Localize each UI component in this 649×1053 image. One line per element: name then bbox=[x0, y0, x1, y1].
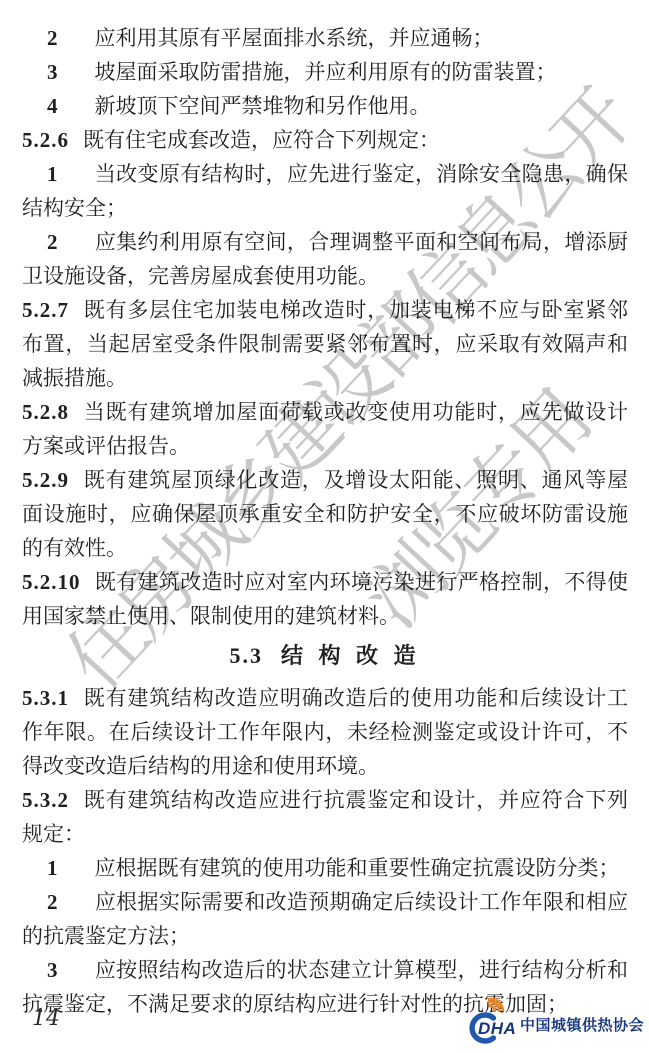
item-number: 3 bbox=[47, 958, 58, 982]
clause-number: 5.3.1 bbox=[22, 686, 69, 710]
item-number: 2 bbox=[47, 26, 58, 50]
clause-text: 既有建筑结构改造应明确改造后的使用功能和后续设计工作年限。在后续设计工作年限内，… bbox=[22, 686, 628, 778]
clause-text: 既有建筑改造时应对室内环境污染进行严格控制，不得使用国家禁止使用、限制使用的建筑… bbox=[22, 570, 628, 628]
list-item: 1应根据既有建筑的使用功能和重要性确定抗震设防分类； bbox=[22, 851, 628, 885]
cdha-logo: DHA 中国城镇供热协会 bbox=[463, 998, 644, 1044]
clause-paragraph: 5.2.6既有住宅成套改造，应符合下列规定： bbox=[22, 123, 628, 157]
item-text: 应根据既有建筑的使用功能和重要性确定抗震设防分类； bbox=[95, 856, 620, 880]
clause-paragraph: 5.3.1既有建筑结构改造应明确改造后的使用功能和后续设计工作年限。在后续设计工… bbox=[22, 681, 628, 783]
item-number: 3 bbox=[47, 60, 58, 84]
clause-number: 5.2.10 bbox=[22, 570, 81, 594]
clause-number: 5.2.7 bbox=[22, 298, 69, 322]
list-item: 2应根据实际需要和改造预期确定后续设计工作年限和相应的抗震鉴定方法； bbox=[22, 885, 628, 953]
item-text: 应根据实际需要和改造预期确定后续设计工作年限和相应的抗震鉴定方法； bbox=[22, 890, 628, 948]
item-text: 应集约利用原有空间，合理调整平面和空间布局，增添厨卫设施设备，完善房屋成套使用功… bbox=[22, 230, 628, 288]
item-number: 4 bbox=[47, 94, 58, 118]
item-number: 2 bbox=[47, 230, 58, 254]
item-text: 当改变原有结构时，应先进行鉴定，消除安全隐患，确保结构安全； bbox=[22, 162, 628, 220]
clause-number: 5.2.9 bbox=[22, 468, 69, 492]
clause-paragraph: 5.2.8当既有建筑增加屋面荷载或改变使用功能时，应先做设计方案或评估报告。 bbox=[22, 395, 628, 463]
page-number: 14 bbox=[32, 1006, 60, 1031]
section-heading: 5.3结 构 改 造 bbox=[22, 639, 628, 673]
list-item: 3坡屋面采取防雷措施，并应利用原有的防雷装置； bbox=[22, 55, 628, 89]
signal-waves-icon bbox=[489, 999, 503, 1011]
clause-paragraph: 5.2.9既有建筑屋顶绿化改造，及增设太阳能、照明、通风等屋面设施时，应确保屋顶… bbox=[22, 463, 628, 565]
item-text: 新坡顶下空间严禁堆物和另作他用。 bbox=[95, 94, 431, 118]
cdha-logo-mark: DHA bbox=[463, 998, 517, 1044]
document-page: 住房城乡建设部信息公开 浏览专用 2应利用其原有平屋面排水系统，并应通畅； 3坡… bbox=[0, 0, 649, 1053]
page-content: 2应利用其原有平屋面排水系统，并应通畅； 3坡屋面采取防雷措施，并应利用原有的防… bbox=[22, 21, 628, 1021]
clause-text: 既有住宅成套改造，应符合下列规定： bbox=[83, 128, 440, 152]
item-number: 1 bbox=[47, 162, 58, 186]
clause-text: 既有建筑屋顶绿化改造，及增设太阳能、照明、通风等屋面设施时，应确保屋顶承重安全和… bbox=[22, 468, 628, 560]
clause-text: 既有建筑结构改造应进行抗震鉴定和设计，并应符合下列规定： bbox=[22, 788, 628, 846]
clause-text: 当既有建筑增加屋面荷载或改变使用功能时，应先做设计方案或评估报告。 bbox=[22, 400, 628, 458]
clause-paragraph: 5.2.7既有多层住宅加装电梯改造时，加装电梯不应与卧室紧邻布置，当起居室受条件… bbox=[22, 293, 628, 395]
clause-number: 5.2.8 bbox=[22, 400, 69, 424]
list-item: 2应集约利用原有空间，合理调整平面和空间布局，增添厨卫设施设备，完善房屋成套使用… bbox=[22, 225, 628, 293]
item-number: 1 bbox=[47, 856, 58, 880]
clause-number: 5.2.6 bbox=[22, 128, 69, 152]
item-text: 应利用其原有平屋面排水系统，并应通畅； bbox=[95, 26, 494, 50]
logo-org-name: 中国城镇供热协会 bbox=[520, 1014, 644, 1044]
clause-paragraph: 5.2.10既有建筑改造时应对室内环境污染进行严格控制，不得使用国家禁止使用、限… bbox=[22, 565, 628, 633]
clause-text: 既有多层住宅加装电梯改造时，加装电梯不应与卧室紧邻布置，当起居室受条件限制需要紧… bbox=[22, 298, 628, 390]
list-item: 1当改变原有结构时，应先进行鉴定，消除安全隐患，确保结构安全； bbox=[22, 157, 628, 225]
logo-acronym: DHA bbox=[478, 1019, 516, 1038]
clause-number: 5.3.2 bbox=[22, 788, 69, 812]
list-item: 2应利用其原有平屋面排水系统，并应通畅； bbox=[22, 21, 628, 55]
clause-paragraph: 5.3.2既有建筑结构改造应进行抗震鉴定和设计，并应符合下列规定： bbox=[22, 783, 628, 851]
section-heading-title: 结 构 改 造 bbox=[281, 643, 421, 668]
item-text: 坡屋面采取防雷措施，并应利用原有的防雷装置； bbox=[95, 60, 557, 84]
section-heading-number: 5.3 bbox=[229, 643, 263, 668]
list-item: 4新坡顶下空间严禁堆物和另作他用。 bbox=[22, 89, 628, 123]
item-number: 2 bbox=[47, 890, 58, 914]
